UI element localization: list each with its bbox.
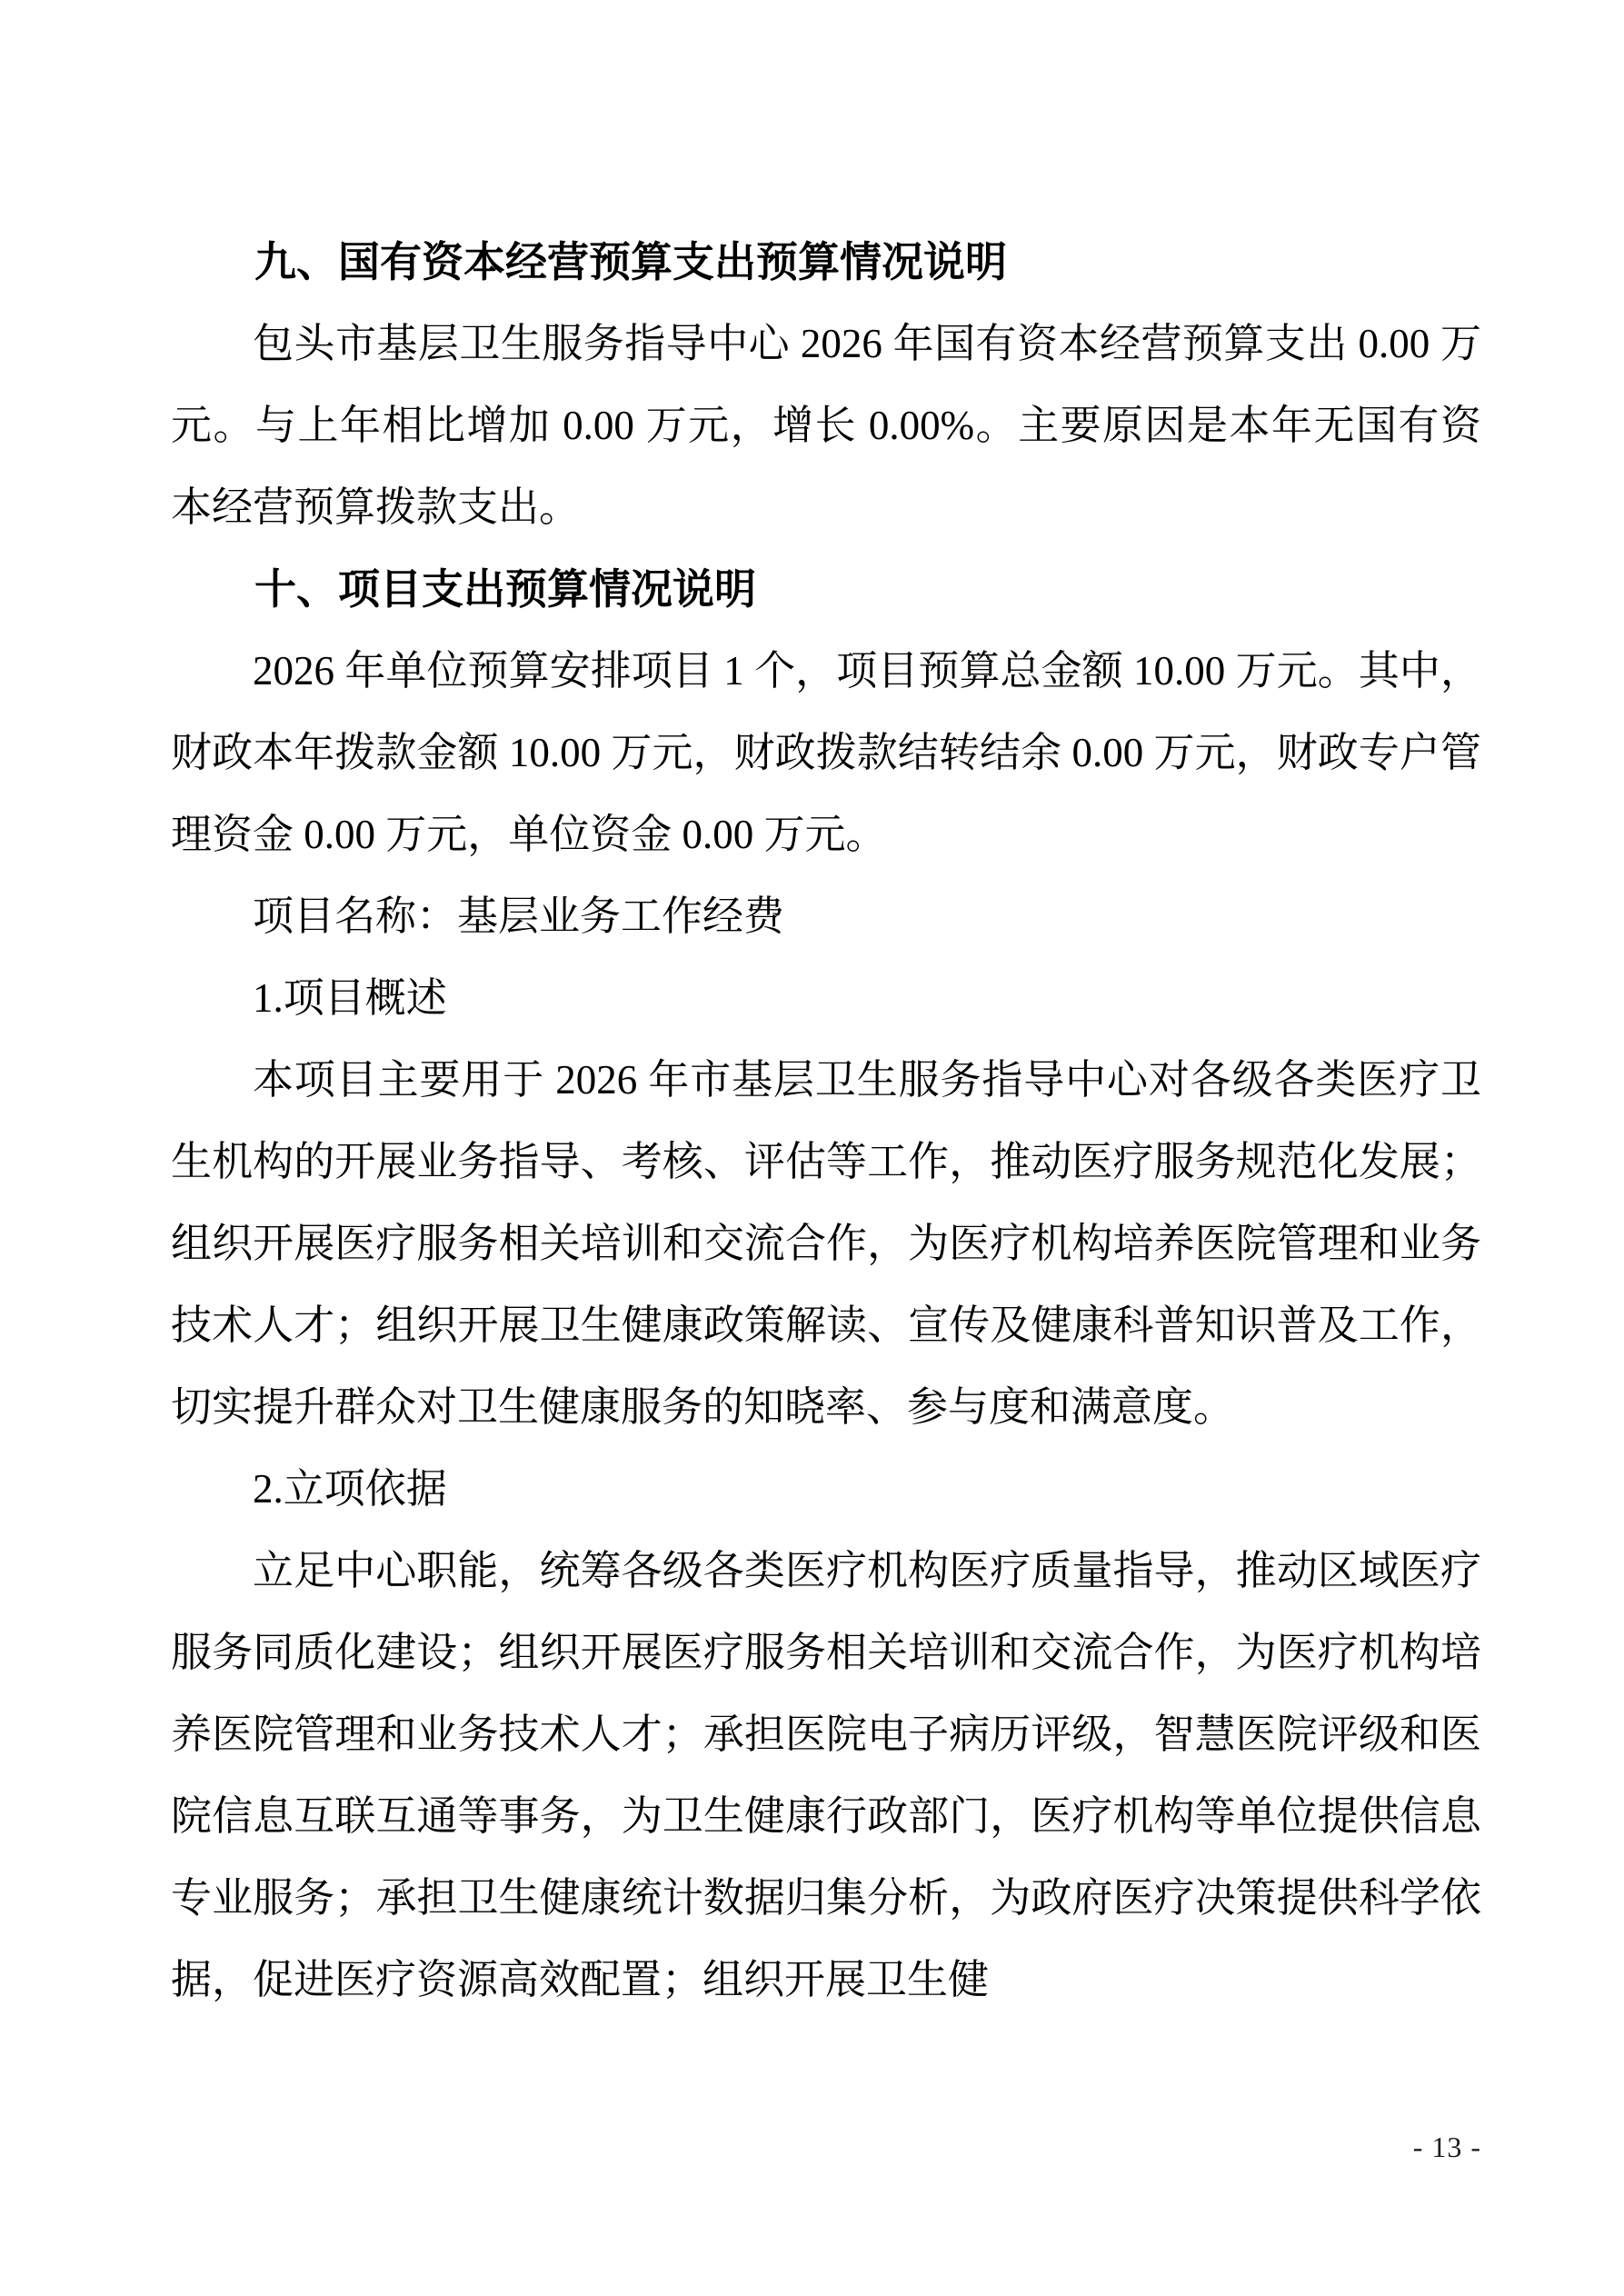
paragraph-project-name: 项目名称：基层业务工作经费 — [171, 875, 1481, 957]
paragraph-project-overview-body: 本项目主要用于 2026 年市基层卫生服务指导中心对各级各类医疗卫生机构的开展业… — [171, 1039, 1481, 1448]
document-page: 九、国有资本经营预算支出预算情况说明 包头市基层卫生服务指导中心 2026 年国… — [0, 0, 1624, 2296]
paragraph-project-budget-overview: 2026 年单位预算安排项目 1 个，项目预算总金额 10.00 万元。其中，财… — [171, 630, 1481, 875]
paragraph-project-basis-body: 立足中心职能，统筹各级各类医疗机构医疗质量指导，推动区域医疗服务同质化建设；组织… — [171, 1530, 1481, 2021]
document-content: 九、国有资本经营预算支出预算情况说明 包头市基层卫生服务指导中心 2026 年国… — [171, 221, 1481, 2021]
page-number: - 13 - — [1413, 2131, 1481, 2163]
section-heading-ten: 十、项目支出预算情况说明 — [171, 548, 1481, 630]
paragraph-project-basis-label: 2.立项依据 — [171, 1448, 1481, 1530]
paragraph-state-capital-budget: 包头市基层卫生服务指导中心 2026 年国有资本经营预算支出 0.00 万元。与… — [171, 303, 1481, 548]
paragraph-project-overview-label: 1.项目概述 — [171, 957, 1481, 1039]
section-heading-nine: 九、国有资本经营预算支出预算情况说明 — [171, 221, 1481, 303]
